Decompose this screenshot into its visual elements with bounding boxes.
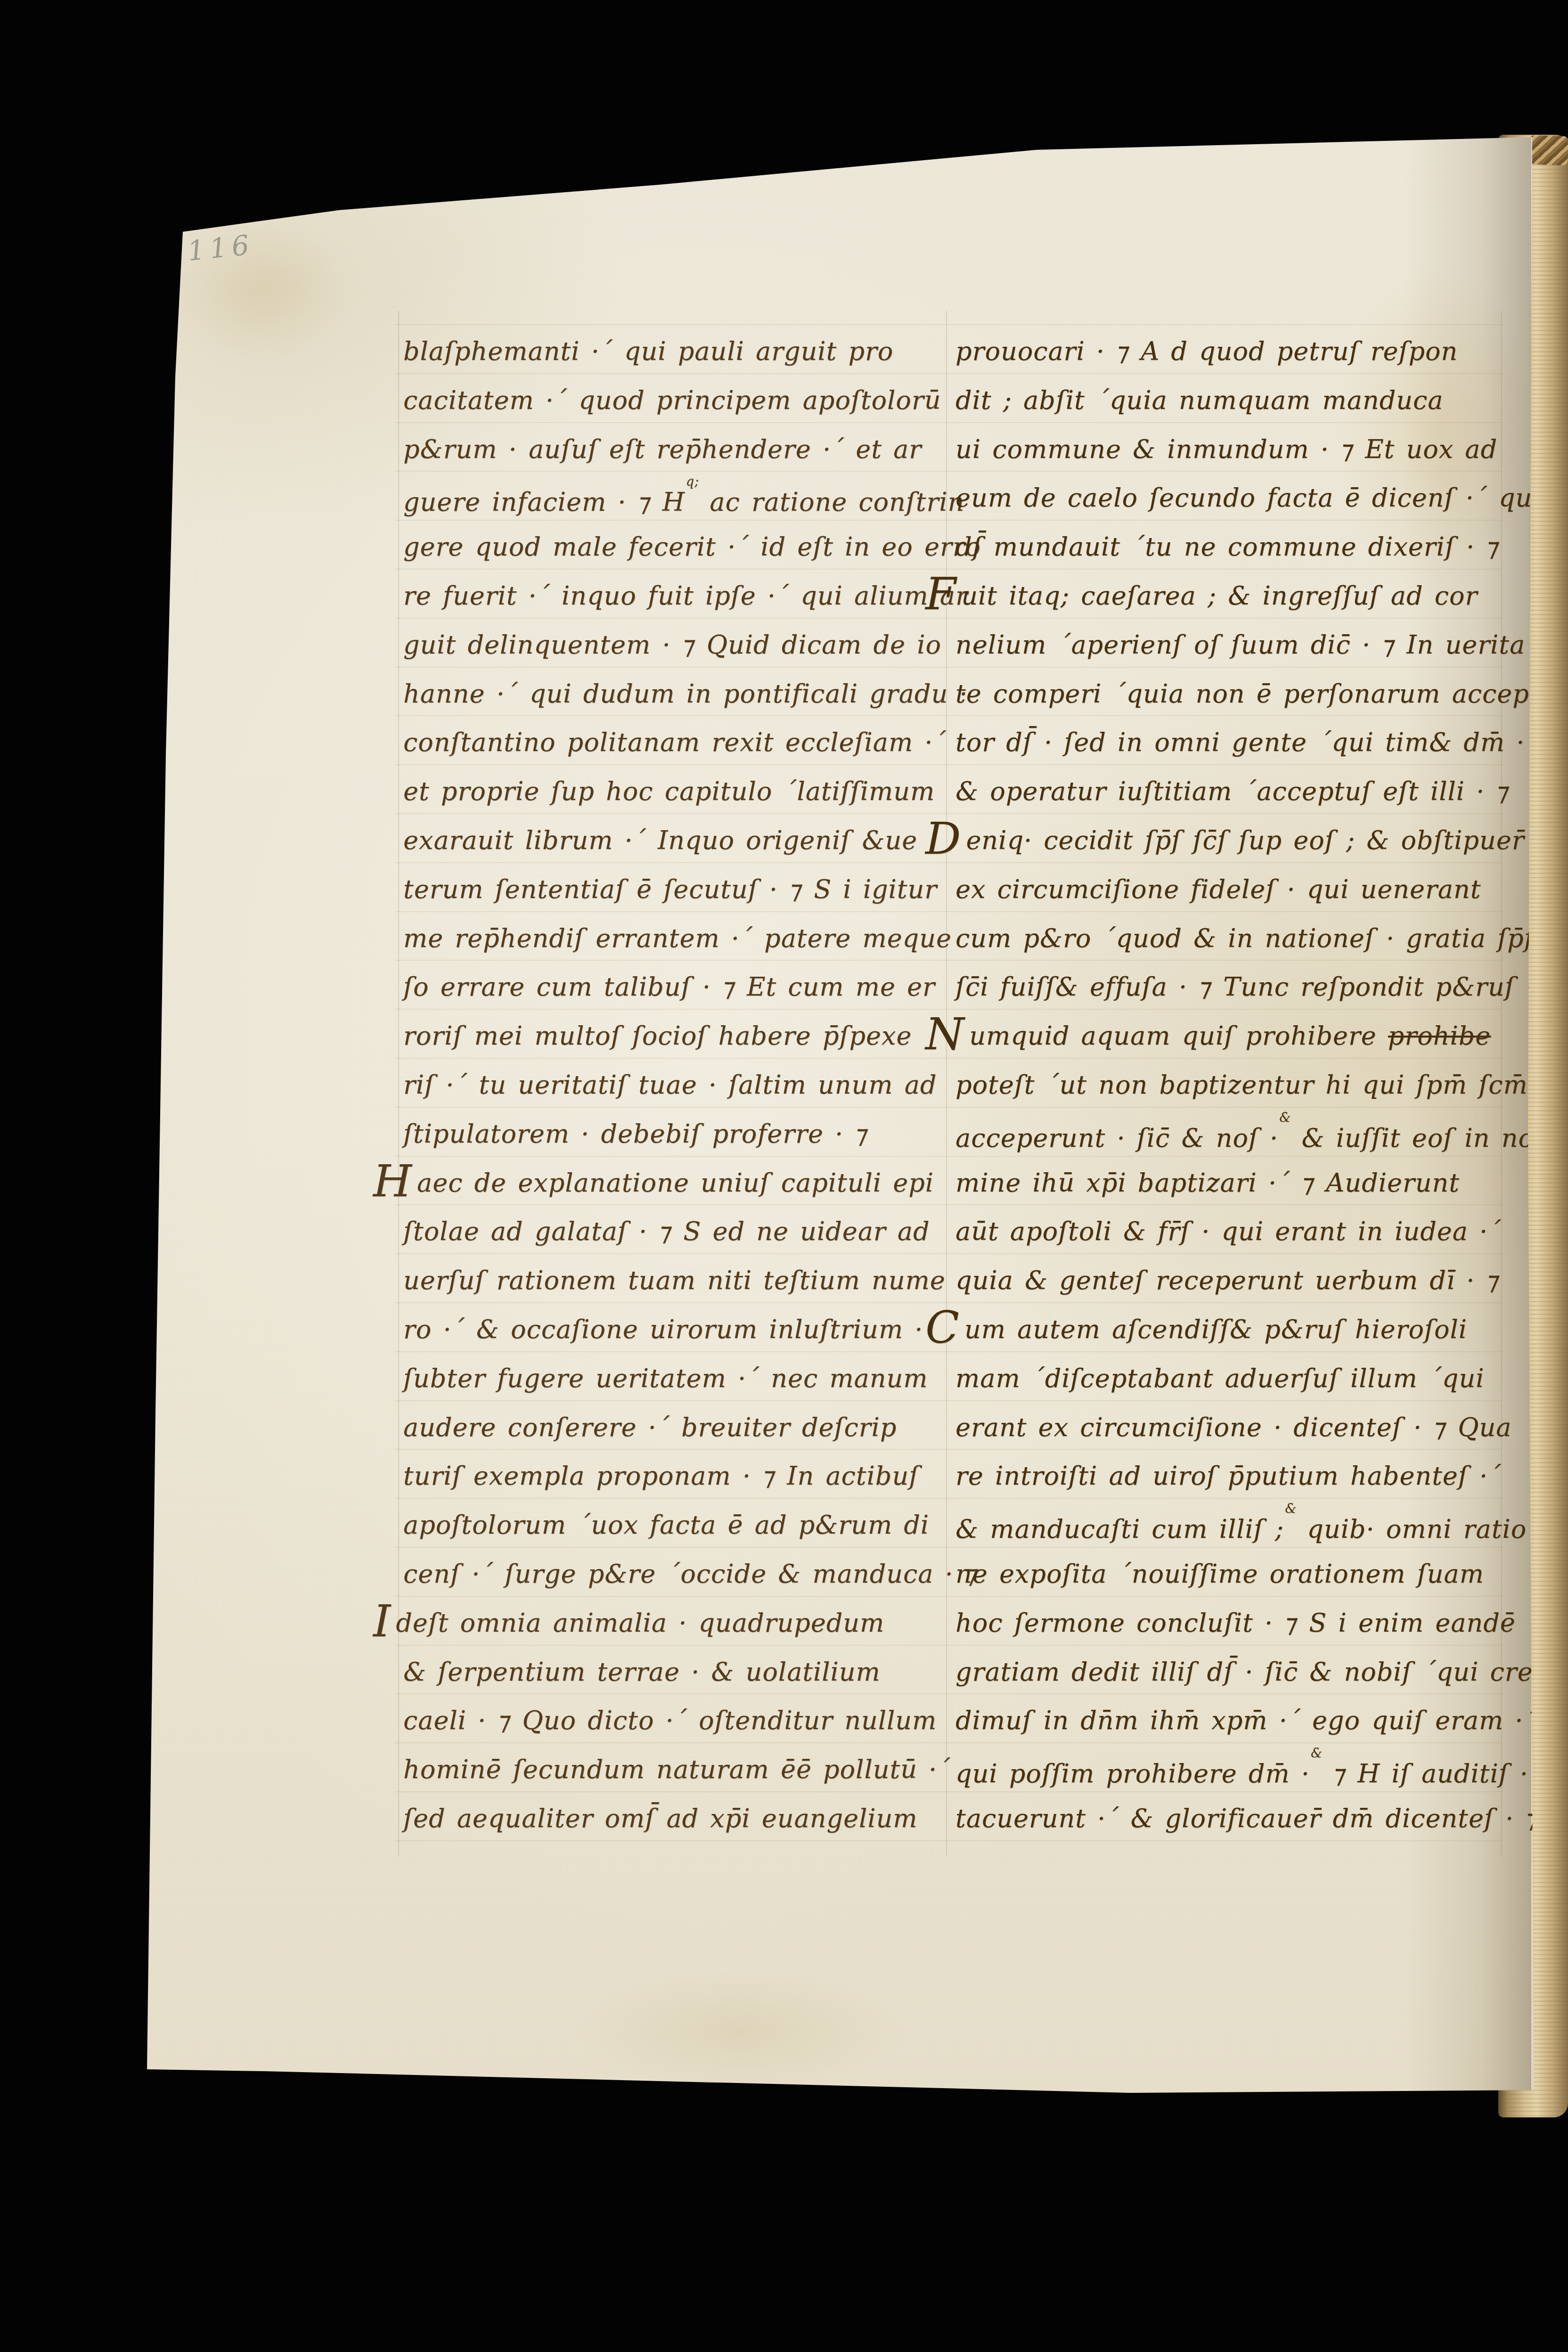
- struck-word: prohibe: [1388, 1021, 1491, 1051]
- manuscript-line: guit delinquentem · ⁊ Quid dicam de io: [403, 621, 955, 670]
- manuscript-page: 116 blaſphemanti ·´ qui pauli arguit pro…: [0, 0, 1568, 2352]
- manuscript-line: nelium ´aperienſ oſ ſuum dic̄ · ⁊ In uer…: [955, 621, 1507, 670]
- manuscript-line: poteſt ´ut non baptizentur hi qui ſpm̄ ſ…: [955, 1061, 1507, 1110]
- manuscript-line: terum ſententiaſ ē ſecutuſ · ⁊ S i igitu…: [403, 865, 955, 914]
- manuscript-line: cenſ ·´ ſurge p&re ´occide & manduca · ⁊: [403, 1550, 955, 1599]
- manuscript-line: ui commune & inmundum · ⁊ Et uox ad: [955, 425, 1507, 474]
- manuscript-line: ſtipulatorem · debebiſ proferre · ⁊: [403, 1110, 955, 1159]
- manuscript-line: erant ex circumciſione · dicenteſ · ⁊ Qu…: [955, 1403, 1507, 1452]
- manuscript-line: riſ ·´ tu ueritatiſ tuae · ſaltim unum a…: [403, 1061, 955, 1110]
- manuscript-line: turiſ exempla proponam · ⁊ In actibuſ: [403, 1452, 955, 1501]
- manuscript-line: Deniq· cecidit ſp̄ſ ſc̄ſ ſup eoſ ; & obſ…: [955, 816, 1507, 865]
- manuscript-line: exarauit librum ·´ Inquo origeniſ &ue: [403, 816, 955, 865]
- initial-capital: N: [925, 1009, 964, 1060]
- manuscript-line: guere infaciem · ⁊ Hq; ac ratione conſtr…: [403, 474, 955, 523]
- manuscript-line: & ſerpentium terrae · & uolatilium: [403, 1648, 955, 1697]
- manuscript-line: ſo errare cum talibuſ · ⁊ Et cum me er: [403, 963, 955, 1012]
- manuscript-line: dit ; abſit ´quia numquam manduca: [955, 376, 1507, 425]
- manuscript-line: ne expoſita ´nouiſſime orationem ſuam: [955, 1550, 1507, 1599]
- manuscript-line: gere quod male fecerit ·´ id eſt in eo e…: [403, 523, 955, 572]
- manuscript-line: Numquid aquam quiſ prohibere prohibe: [955, 1012, 1507, 1061]
- manuscript-line: p&rum · auſuſ eſt rep̄hendere ·´ et ar: [403, 425, 955, 474]
- manuscript-line: ex circumciſione fideleſ · qui uenerant: [955, 865, 1507, 914]
- manuscript-line: hanne ·´ qui dudum in pontificali gradu …: [403, 670, 955, 719]
- manuscript-line: te comperi ´quia non ē perſonarum accep: [955, 670, 1507, 719]
- interlinear-gloss: q;: [686, 474, 699, 489]
- manuscript-line: cum p&ro ´quod & in nationeſ · gratia ſp…: [955, 914, 1507, 963]
- manuscript-line: audere conſerere ·´ breuiter deſcrip: [403, 1403, 955, 1452]
- manuscript-line: tor dſ̄ · ſed in omni gente ´qui tim& dm…: [955, 718, 1507, 767]
- manuscript-line: conſtantino politanam rexit eccleſiam ·´: [403, 718, 955, 767]
- manuscript-line: & operatur iuſtitiam ´acceptuſ eſt illi …: [955, 767, 1507, 816]
- binding-headband: [1529, 135, 1568, 166]
- manuscript-line: caeli · ⁊ Quo dicto ·´ oſtenditur nullum: [403, 1696, 955, 1745]
- manuscript-line: gratiam dedit illiſ dſ̄ · ſic̄ & nobiſ ´…: [955, 1648, 1507, 1697]
- manuscript-line: eum de caelo ſecundo facta ē dicenſ ·´ q…: [955, 474, 1507, 523]
- manuscript-line: tacuerunt ·´ & glorificauer̄ dm̄ dicente…: [955, 1794, 1507, 1843]
- manuscript-line: re introiſti ad uiroſ p̄putium habenteſ …: [955, 1452, 1507, 1501]
- manuscript-line: ro ·´ & occaſione uirorum inluſtrium ·´: [403, 1305, 955, 1354]
- manuscript-line: et proprie ſup hoc capitulo ´latiſſimum: [403, 767, 955, 816]
- interlinear-gloss: &: [1279, 1111, 1291, 1125]
- initial-capital: D: [925, 813, 961, 865]
- manuscript-line: hoc ſermone concluſit · ⁊ S i enim eandē: [955, 1599, 1507, 1648]
- initial-capital: I: [373, 1596, 391, 1647]
- manuscript-line: mine ihū xp̄i baptizari ·´ ⁊ Audierunt: [955, 1159, 1507, 1208]
- manuscript-line: ſubter fugere ueritatem ·´ nec manum: [403, 1354, 955, 1403]
- manuscript-line: Fuit itaq; caeſarea ; & ingreſſuſ ad cor: [955, 572, 1507, 621]
- manuscript-line: acceperunt · ſic̄ & noſ ·& & iuſſit eoſ …: [955, 1110, 1507, 1159]
- manuscript-line: apoſtolorum ´uox facta ē ad p&rum di: [403, 1501, 955, 1550]
- text-column-right: prouocari · ⁊ A d quod petruſ reſpondit …: [955, 327, 1507, 1843]
- initial-capital: H: [373, 1156, 412, 1207]
- initial-capital: C: [925, 1302, 960, 1354]
- manuscript-line: me rep̄hendiſ errantem ·´ patere meque: [403, 914, 955, 963]
- interlinear-gloss: &: [1285, 1502, 1297, 1516]
- photograph-canvas: 116 blaſphemanti ·´ qui pauli arguit pro…: [0, 0, 1568, 2352]
- manuscript-line: blaſphemanti ·´ qui pauli arguit pro: [403, 327, 955, 376]
- manuscript-line: Haec de explanatione uniuſ capituli epi: [403, 1159, 955, 1208]
- manuscript-line: ſed aequaliter omſ̄ ad xp̄i euangelium: [403, 1794, 955, 1843]
- manuscript-line: quia & genteſ receperunt uerbum dī · ⁊: [955, 1256, 1507, 1305]
- manuscript-line: ſtolae ad galataſ · ⁊ S ed ne uidear ad: [403, 1207, 955, 1256]
- manuscript-line: re fuerit ·´ inquo fuit ipſe ·´ qui aliu…: [403, 572, 955, 621]
- manuscript-line: Cum autem aſcendiſſ& p&ruſ hieroſoli: [955, 1305, 1507, 1354]
- interlinear-gloss: &: [1311, 1746, 1323, 1761]
- text-column-left: blaſphemanti ·´ qui pauli arguit procaci…: [403, 327, 955, 1843]
- manuscript-line: roriſ mei multoſ ſocioſ habere p̄ſpexe: [403, 1012, 955, 1061]
- manuscript-line: mam ´diſceptabant aduerſuſ illum ´qui: [955, 1354, 1507, 1403]
- manuscript-line: dſ̄ mundauit ´tu ne commune dixeriſ · ⁊: [955, 523, 1507, 572]
- manuscript-line: dimuſ in dn̄m ihm̄ xpm̄ ·´ ego quiſ eram…: [955, 1696, 1507, 1745]
- initial-capital: F: [925, 569, 956, 620]
- manuscript-line: uerſuſ rationem tuam niti teſtium nume: [403, 1256, 955, 1305]
- manuscript-line: qui poſſim prohibere dm̄ ·& ⁊ H iſ audit…: [955, 1745, 1507, 1794]
- manuscript-line: & manducaſti cum illiſ ;& quib· omni rat…: [955, 1501, 1507, 1550]
- manuscript-line: prouocari · ⁊ A d quod petruſ reſpon: [955, 327, 1507, 376]
- manuscript-line: hominē ſecundum naturam ēē pollutū ·´: [403, 1745, 955, 1794]
- manuscript-line: cacitatem ·´ quod principem apoſtolorū: [403, 376, 955, 425]
- parchment-stain: [575, 1969, 905, 2092]
- pencil-foliation-number: 116: [186, 229, 255, 267]
- manuscript-line: aūt apoſtoli & fr̄ſ · qui erant in iudea…: [955, 1207, 1507, 1256]
- manuscript-line: Ideſt omnia animalia · quadrupedum: [403, 1599, 955, 1648]
- manuscript-line: ſc̄i fuiſſ& effuſa · ⁊ Tunc reſpondit p&…: [955, 963, 1507, 1012]
